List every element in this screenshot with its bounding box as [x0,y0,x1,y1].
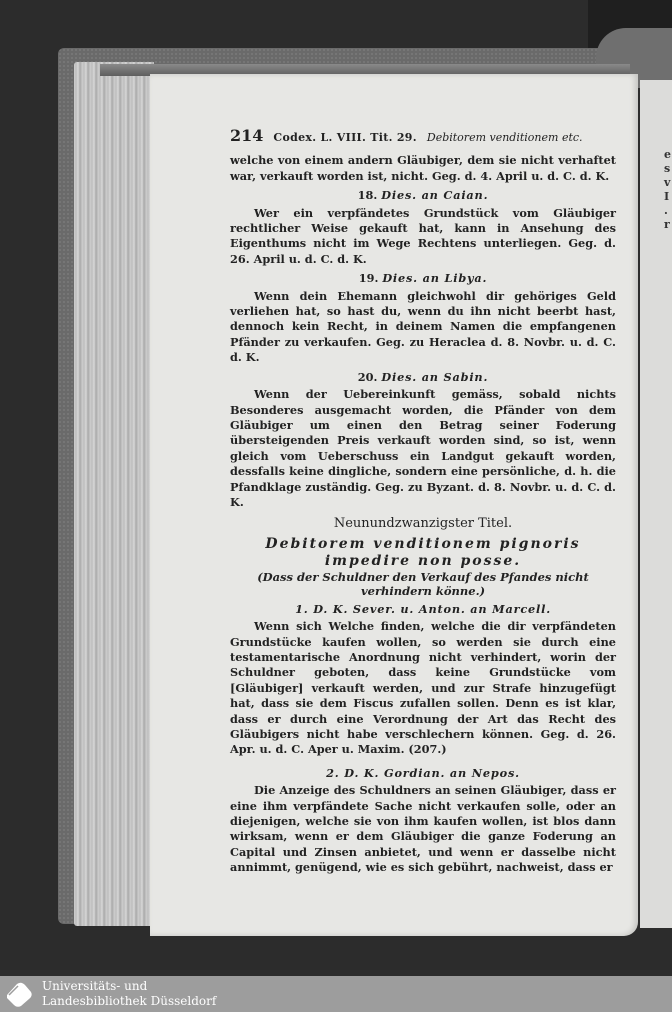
german-title: (Dass der Schuldner den Verkauf des Pfan… [230,570,616,598]
section-19-text: Wenn dein Ehemann gleichwohl dir gehörig… [230,289,616,366]
section-19-heading: 19. Dies. an Libya. [230,271,616,286]
library-name-line1: Universitäts- und [42,979,216,994]
continuation-paragraph: welche von einem andern Gläubiger, dem s… [230,153,616,184]
library-name-line2: Landesbibliothek Düsseldorf [42,994,216,1009]
page-text: 214 Codex. L. VIII. Tit. 29. Debitorem v… [230,128,616,876]
page-edges [74,62,154,926]
law-2-heading: 2. D. K. Gordian. an Nepos. [230,766,616,781]
book-logo-icon [4,981,34,1007]
page-number: 214 [230,128,263,143]
law-1-text: Wenn sich Welche finden, welche die dir … [230,619,616,758]
library-footer: Universitäts- und Landesbibliothek Düsse… [0,976,672,1012]
facing-page-fragment: e s v I . r [664,148,672,232]
running-head-subject: Debitorem venditionem etc. [427,130,583,145]
law-2-text: Die Anzeige des Schuldners an seinen Glä… [230,783,616,875]
section-18-heading: 18. Dies. an Caian. [230,188,616,203]
library-name: Universitäts- und Landesbibliothek Düsse… [42,979,216,1009]
section-18-text: Wer ein verpfändetes Grundstück vom Gläu… [230,206,616,268]
law-1-heading: 1. D. K. Sever. u. Anton. an Marcell. [230,602,616,617]
section-20-text: Wenn der Uebereinkunft gemäss, sobald ni… [230,387,616,510]
section-20-heading: 20. Dies. an Sabin. [230,370,616,385]
title-heading: Neunundzwanzigster Titel. [230,516,616,531]
running-head-title: Codex. L. VIII. Tit. 29. [273,130,416,145]
latin-title: Debitorem venditionem pignoris impedire … [230,536,616,570]
running-head: 214 Codex. L. VIII. Tit. 29. Debitorem v… [230,128,616,145]
